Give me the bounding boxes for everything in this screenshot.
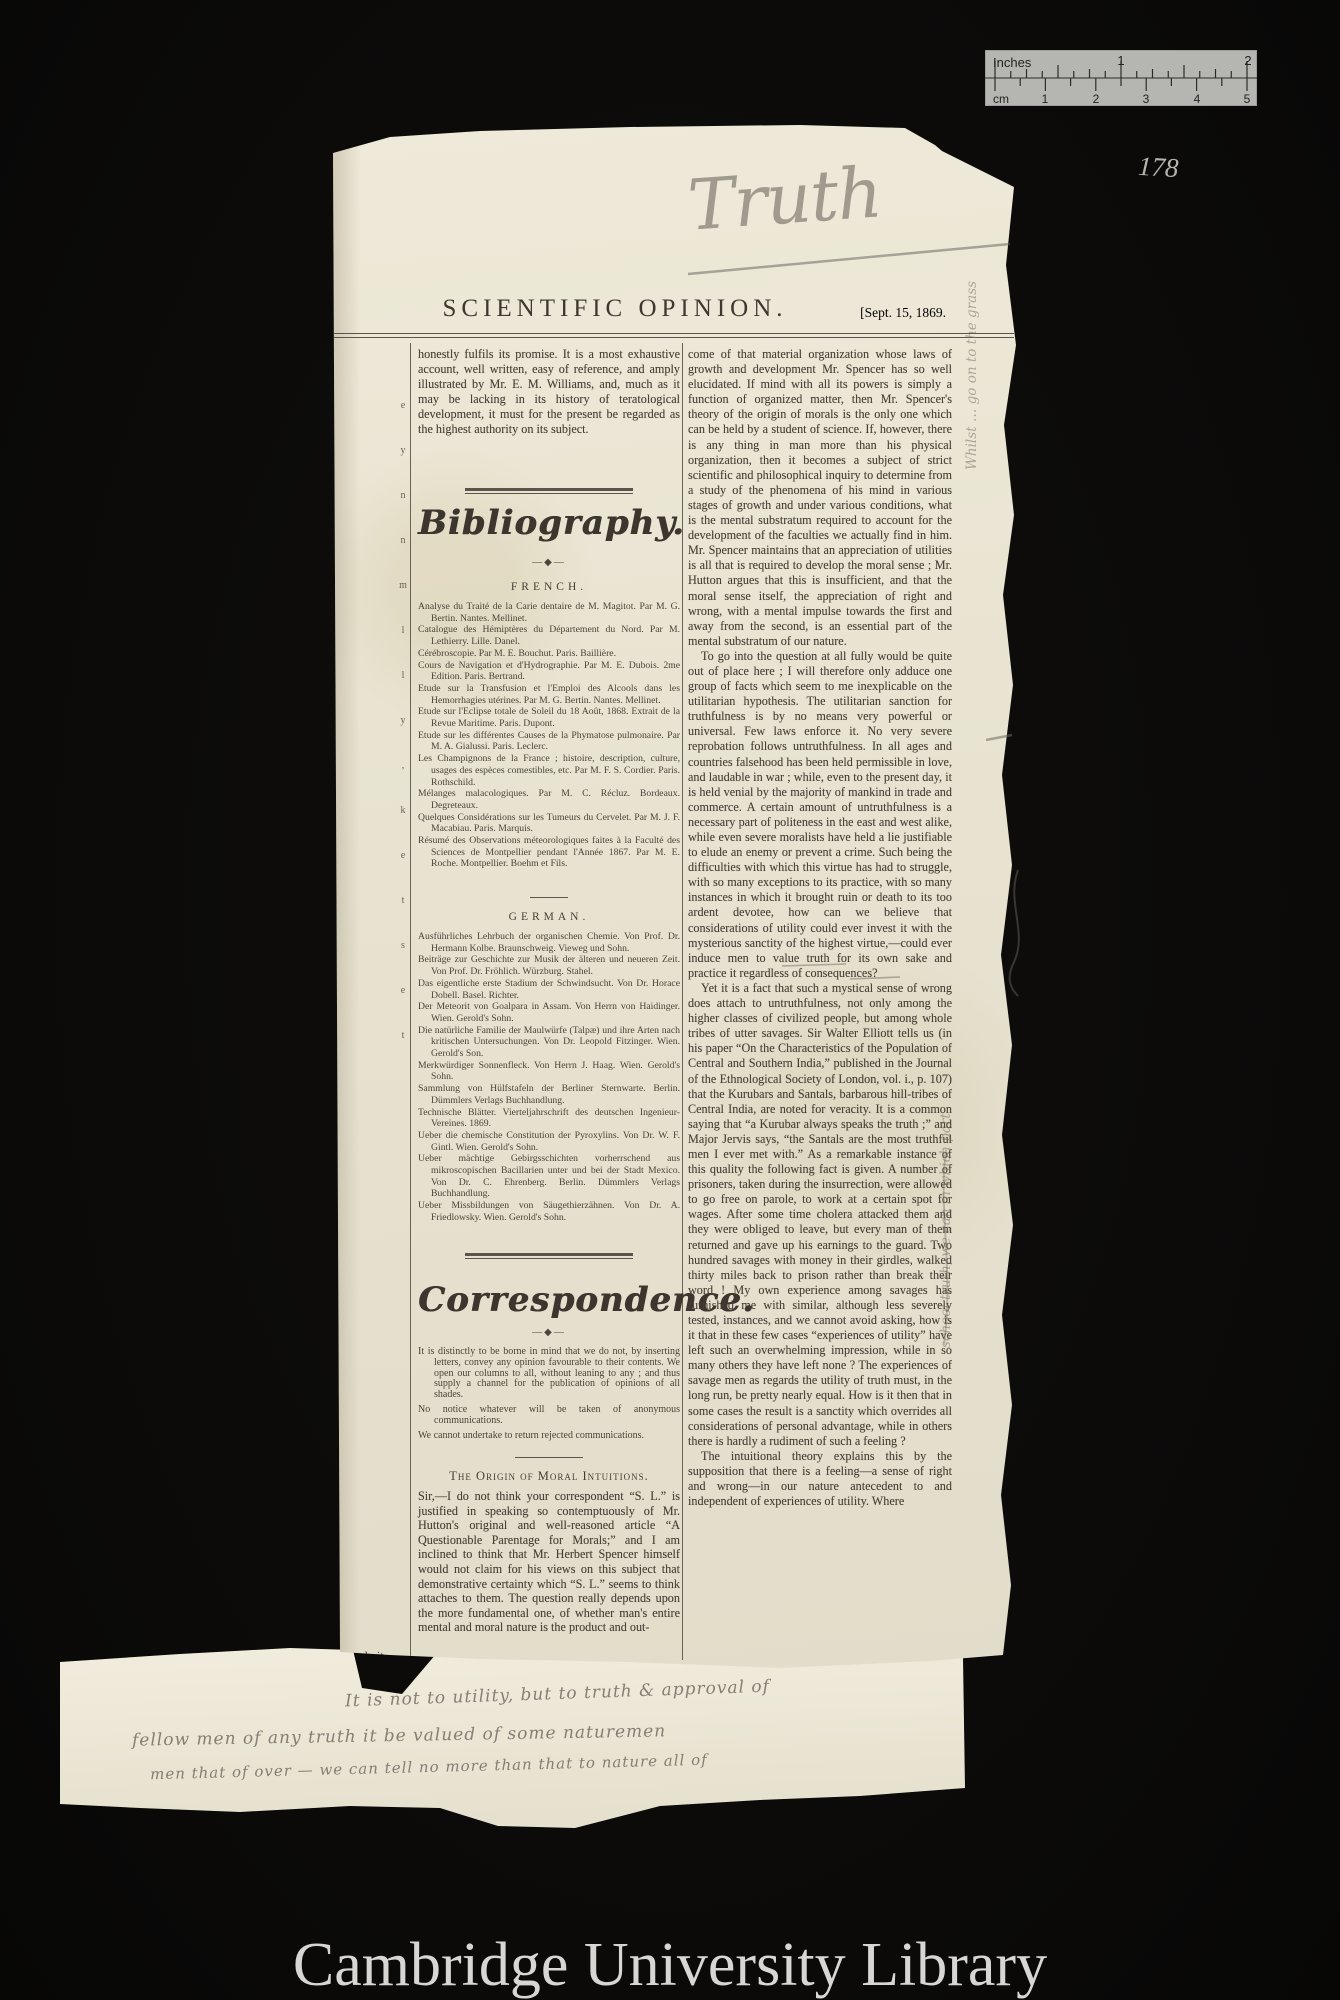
ruler-cm-label: cm [993,92,1009,106]
margin-note-right-bottom: school truth, we can in which part [938,1148,954,1348]
ruler-cm-2: 2 [1093,92,1100,106]
album-page-scan: Inches 1 2 cm 1 2 3 4 5 178 e y n n m l … [0,0,1340,2000]
correspondence-heading: Correspondence. [418,1280,680,1320]
german-list: Ausführliches Lehrbuch der organischen C… [418,931,680,1224]
bibliography-entry: Merkwürdiger Sonnenfleck. Von Herrn J. H… [418,1060,680,1083]
ruler-cm-4: 4 [1194,92,1201,106]
section-rule-thin [465,493,633,494]
bibliography-entry: Résumé des Observations méteorologiques … [418,835,680,870]
letter-paragraph: Yet it is a fact that such a mystical se… [688,981,952,1449]
clipping-edge-fragment: e y n n m l l y , k e t s e t [396,383,410,1058]
bibliography-entry: Technische Blätter. Vierteljahrschrift d… [418,1107,680,1130]
bibliography-entry: Der Meteorit von Goalpara in Assam. Von … [418,1001,680,1024]
ruler-inch-1: 1 [1117,53,1124,68]
bibliography-entry: Ueber die chemische Constitution der Pyr… [418,1130,680,1153]
ruler-cm-1: 1 [1042,92,1049,106]
bibliography-entry: Cours de Navigation et d'Hydrographie. P… [418,660,680,683]
letter-paragraph: come of that material organization whose… [688,347,952,649]
margin-note-right-top: Whilst … go on to the grass [964,250,980,470]
header-rule-2 [333,337,1014,338]
header-rule [333,333,1014,334]
truth-title-annotation: Truth [685,151,884,246]
correspondence-ornament: —◆— [418,1327,680,1338]
subsection-rule [530,897,568,898]
issue-date: [Sept. 15, 1869. [860,305,946,321]
bibliography-ornament: —◆— [418,557,680,568]
left-column-rule [410,343,411,1660]
right-column: come of that material organization whose… [688,347,952,1509]
bibliography-entry: Beiträge zur Geschichte zur Musik der äl… [418,954,680,977]
section-rule-thin-2 [465,1258,633,1259]
bibliography-entry: Mélanges malacologiques. Par M. C. Réclu… [418,788,680,811]
folio-number: 178 [1137,151,1179,184]
masthead: SCIENTIFIC OPINION. [415,295,815,323]
bibliography-entry: Etude sur les différentes Causes de la P… [418,730,680,753]
bibliography-entry: Analyse du Traité de la Carie dentaire d… [418,601,680,624]
letter-paragraph: To go into the question at all fully wou… [688,649,952,981]
measurement-ruler: Inches 1 2 cm 1 2 3 4 5 [985,50,1257,106]
letter-opening: Sir,—I do not think your correspondent “… [418,1489,680,1635]
bibliography-entry: Ausführliches Lehrbuch der organischen C… [418,931,680,954]
letter-heading: The Origin of Moral Intuitions. [418,1469,680,1484]
bibliography-entry: Cérébroscopie. Par M. E. Bouchut. Paris.… [418,648,680,660]
ruler-cm-5: 5 [1244,92,1251,106]
section-rule-heavy [465,488,633,491]
ruler-inches-label: Inches [993,55,1032,70]
bibliography-heading: Bibliography. [418,503,680,543]
letter-rule [515,1457,583,1458]
notice-item: We cannot undertake to return rejected c… [418,1431,680,1442]
bibliography-entry: Catalogue des Hémiptères du Département … [418,624,680,647]
section-rule-heavy-2 [465,1253,633,1256]
french-list: Analyse du Traité de la Carie dentaire d… [418,601,680,870]
notice-item: No notice whatever will be taken of anon… [418,1405,680,1427]
bibliography-entry: Ueber mächtige Gebirgsschichten vorherrs… [418,1153,680,1200]
letter-paragraph: The intuitional theory explains this by … [688,1449,952,1509]
bibliography-entry: Quelques Considérations sur les Tumeurs … [418,812,680,835]
ruler-cm-3: 3 [1143,92,1150,106]
margin-squiggle-stroke [1010,870,1019,996]
french-heading: FRENCH. [418,581,680,593]
ruler-inch-2: 2 [1244,53,1251,68]
bibliography-entry: Das eigentliche erste Stadium der Schwin… [418,978,680,1001]
correspondence-notices: It is distinctly to be borne in mind tha… [418,1347,680,1445]
bibliography-entry: Etude sur la Transfusion et l'Emploi des… [418,683,680,706]
bibliography-entry: Die natürliche Familie der Maulwürfe (Ta… [418,1025,680,1060]
german-heading: GERMAN. [418,911,680,923]
bibliography-entry: Etude sur l'Eclipse totale de Soleil du … [418,706,680,729]
library-footer: Cambridge University Library [0,1934,1340,1996]
bibliography-entry: Sammlung von Hülfstafeln der Berliner St… [418,1083,680,1106]
intro-paragraph: honestly fulfils its promise. It is a mo… [418,347,680,437]
bibliography-entry: Les Champignons de la France ; histoire,… [418,753,680,788]
notice-item: It is distinctly to be borne in mind tha… [418,1347,680,1401]
journal-clipping: e y n n m l l y , k e t s e t SCIENTIFIC… [330,125,1020,1670]
bibliography-entry: Ueber Missbildungen von Säugethierzähnen… [418,1200,680,1223]
